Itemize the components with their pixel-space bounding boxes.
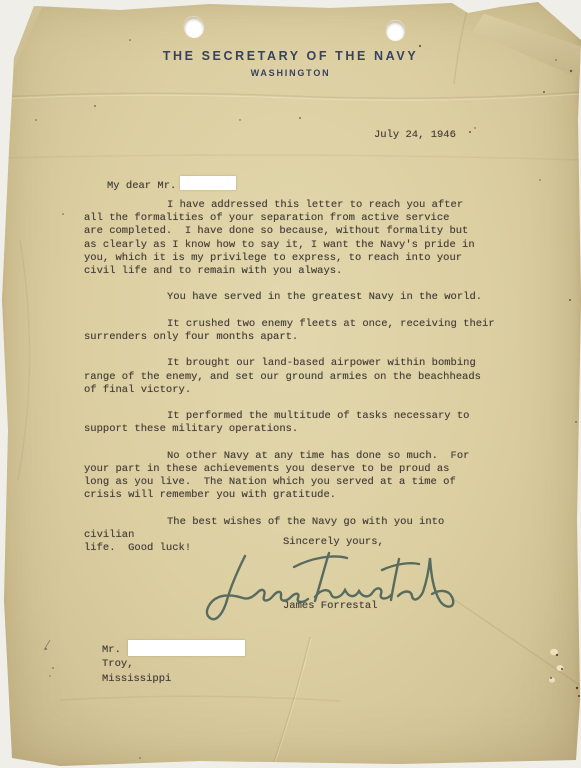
paragraph-5: It performed the multitude of tasks nece…	[84, 410, 496, 436]
recipient-line-1: Mr.	[102, 640, 245, 657]
recipient-address: Mr. Troy, Mississippi	[102, 640, 245, 686]
paragraph-4: It brought our land-based airpower withi…	[84, 357, 496, 397]
paragraph-3: It crushed two enemy fleets at once, rec…	[84, 318, 496, 344]
paragraph-6: No other Navy at any time has done so mu…	[84, 450, 496, 503]
typed-signature-name: James Forrestal	[283, 600, 378, 612]
punch-hole-right-icon	[385, 20, 406, 42]
letterhead-city: WASHINGTON	[0, 68, 581, 78]
recipient-prefix: Mr.	[102, 644, 121, 656]
letter-body: I have addressed this letter to reach yo…	[84, 199, 496, 569]
paragraph-1: I have addressed this letter to reach yo…	[84, 199, 496, 278]
date-line: July 24, 1946	[374, 129, 456, 141]
recipient-line-3: Mississippi	[102, 672, 245, 686]
punch-hole-left-icon	[183, 16, 206, 40]
salutation: My dear Mr.	[107, 176, 236, 192]
redacted-address-box	[128, 640, 245, 656]
salutation-text: My dear Mr.	[107, 180, 176, 192]
recipient-line-2: Troy,	[102, 657, 245, 671]
scanned-letter: THE SECRETARY OF THE NAVY WASHINGTON Jul…	[0, 0, 581, 768]
paragraph-2: You have served in the greatest Navy in …	[84, 291, 496, 304]
letter-paper: THE SECRETARY OF THE NAVY WASHINGTON Jul…	[0, 0, 581, 768]
signature-james-forrestal	[193, 546, 465, 632]
letterhead-office: THE SECRETARY OF THE NAVY	[0, 49, 581, 63]
redacted-name-box	[180, 176, 236, 190]
